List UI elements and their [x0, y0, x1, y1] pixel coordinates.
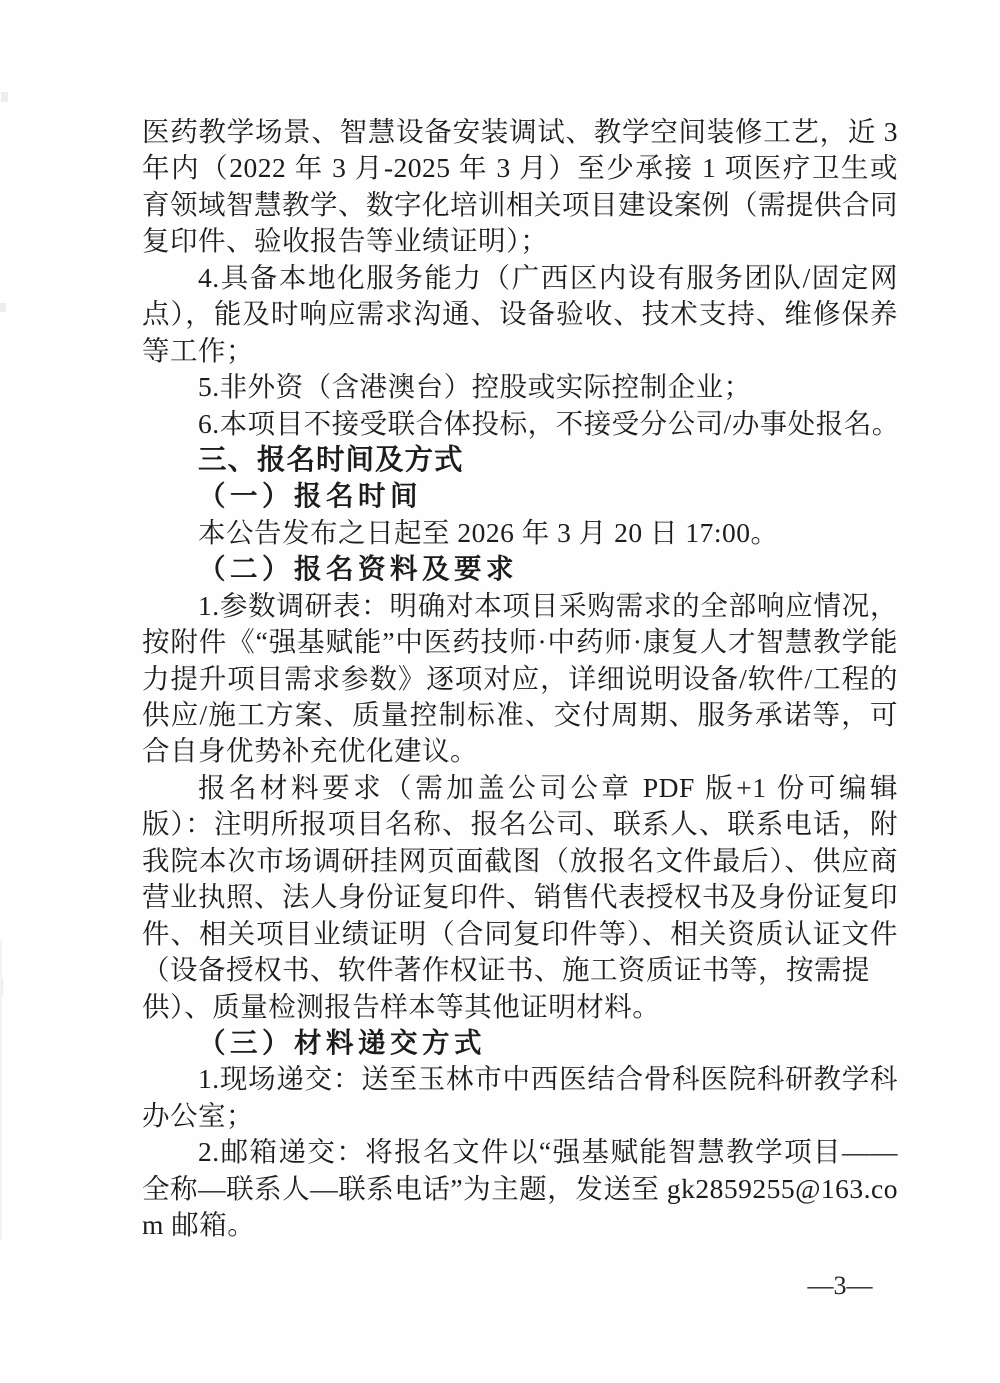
text-line: 年内（2022 年 3 月-2025 年 3 月）至少承接 1 项医疗卫生或教 — [142, 150, 898, 186]
text-line: 供应/施工方案、质量控制标准、交付周期、服务承诺等，可结 — [142, 697, 898, 733]
text-line: 复印件、验收报告等业绩证明）； — [142, 223, 898, 259]
text-line: 件、相关项目业绩证明（合同复印件等）、相关资质认证文件 — [142, 916, 898, 952]
subsection-heading: （一）报名时间 — [142, 478, 898, 514]
text-line: 办公室； — [142, 1098, 898, 1134]
scan-artifact — [1, 92, 8, 102]
text-line: 2.邮箱递交：将报名文件以“强基赋能智慧教学项目——公司 — [142, 1134, 898, 1170]
text-line: 1.参数调研表：明确对本项目采购需求的全部响应情况， — [142, 588, 898, 624]
text-line: 力提升项目需求参数》逐项对应，详细说明设备/软件/工程的 — [142, 661, 898, 697]
text-line: 合自身优势补充优化建议。 — [142, 733, 898, 769]
text-line: m 邮箱。 — [142, 1207, 898, 1243]
text-line: 全称—联系人—联系电话”为主题，发送至 gk2859255@163.co — [142, 1171, 898, 1207]
text-line: 本公告发布之日起至 2026 年 3 月 20 日 17:00。 — [142, 515, 898, 551]
text-line: 点），能及时响应需求沟通、设备验收、技术支持、维修保养 — [142, 296, 898, 332]
text-line: 营业执照、法人身份证复印件、销售代表授权书及身份证复印 — [142, 879, 898, 915]
text-line: 医药教学场景、智慧设备安装调试、教学空间装修工艺，近 3 — [142, 114, 898, 150]
document-page: 医药教学场景、智慧设备安装调试、教学空间装修工艺，近 3 年内（2022 年 3… — [142, 114, 898, 1244]
text-line: 6.本项目不接受联合体投标，不接受分公司/办事处报名。 — [142, 406, 898, 442]
text-line: 按附件《“强基赋能”中医药技师·中药师·康复人才智慧教学能 — [142, 624, 898, 660]
text-line: 供）、质量检测报告样本等其他证明材料。 — [142, 989, 898, 1025]
text-line: 版）：注明所报项目名称、报名公司、联系人、联系电话，附 — [142, 806, 898, 842]
scan-artifact — [0, 303, 6, 312]
text-line: 等工作； — [142, 333, 898, 369]
text-line: 5.非外资（含港澳台）控股或实际控制企业； — [142, 369, 898, 405]
section-heading: 三、报名时间及方式 — [142, 442, 898, 478]
page-number: —3— — [804, 1271, 876, 1301]
text-line: （设备授权书、软件著作权证书、施工资质证书等，按需提 — [142, 952, 898, 988]
text-line: 育领域智慧教学、数字化培训相关项目建设案例（需提供合同 — [142, 187, 898, 223]
subsection-heading: （三）材料递交方式 — [142, 1025, 898, 1061]
text-line: 报名材料要求（需加盖公司公章 PDF 版+1 份可编辑 Word — [142, 770, 898, 806]
scan-artifact — [0, 940, 2, 1240]
subsection-heading: （二）报名资料及要求 — [142, 551, 898, 587]
text-line: 我院本次市场调研挂网页面截图（放报名文件最后）、供应商 — [142, 843, 898, 879]
text-line: 4.具备本地化服务能力（广西区内设有服务团队/固定网 — [142, 260, 898, 296]
text-line: 1.现场递交：送至玉林市中西医结合骨科医院科研教学科 — [142, 1061, 898, 1097]
